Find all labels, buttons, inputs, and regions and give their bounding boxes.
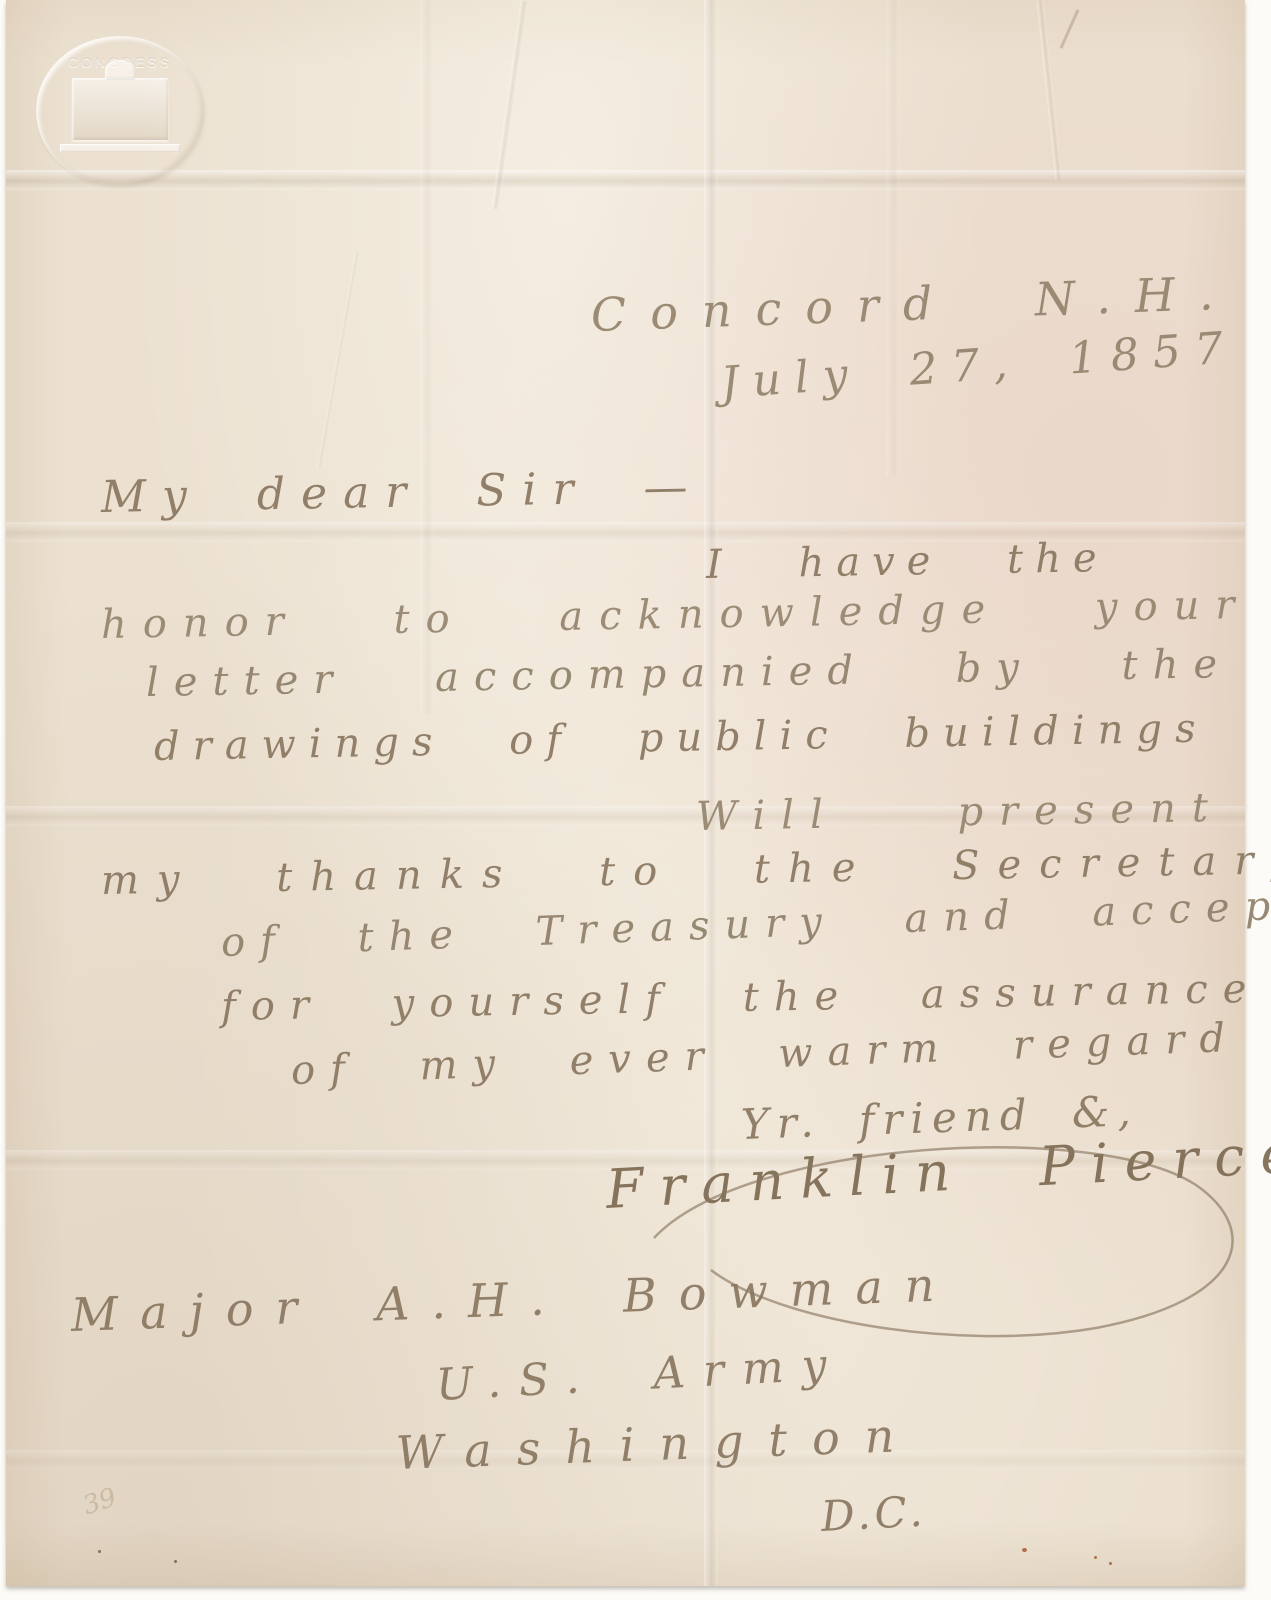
embossed-seal: CONGRESS [36,36,204,186]
foxing-speck [1109,1562,1112,1565]
wrinkle-top-left [491,0,528,209]
letter-date: July 27, 1857 [719,322,1238,409]
letter-body-line: drawings of public buildings — [154,704,1271,770]
recipient-line: D.C. [820,1487,928,1541]
recipient-line: Major A.H. Bowman [70,1257,957,1342]
letter-body-line: honor to acknowledge your [101,582,1251,648]
recipient-line: Washington [395,1408,920,1480]
ink-speck [174,1560,177,1563]
letter-body-line: I have the [706,535,1109,588]
ink-speck [98,1550,101,1553]
wrinkle-top-right [1037,0,1063,180]
foxing-speck [1022,1548,1027,1552]
scan-background: CONGRESS Concord N.H. July 27, 1857 My d… [0,0,1271,1600]
fold-crease-vertical-right [886,0,900,476]
wrinkle-mid-left [317,251,360,469]
letter-body-line: letter accompanied by the [146,641,1233,706]
seal-building-icon [72,78,168,140]
recipient-line: U.S. Army [435,1339,846,1411]
foxing-speck [1094,1556,1097,1559]
pencil-number: 39 [79,1483,120,1522]
letter-body-line: Will present [696,785,1225,840]
pencil-stray-mark [1060,9,1080,49]
letter-paper: CONGRESS Concord N.H. July 27, 1857 My d… [6,0,1245,1586]
letter-salutation: My dear Sir — [101,461,704,523]
